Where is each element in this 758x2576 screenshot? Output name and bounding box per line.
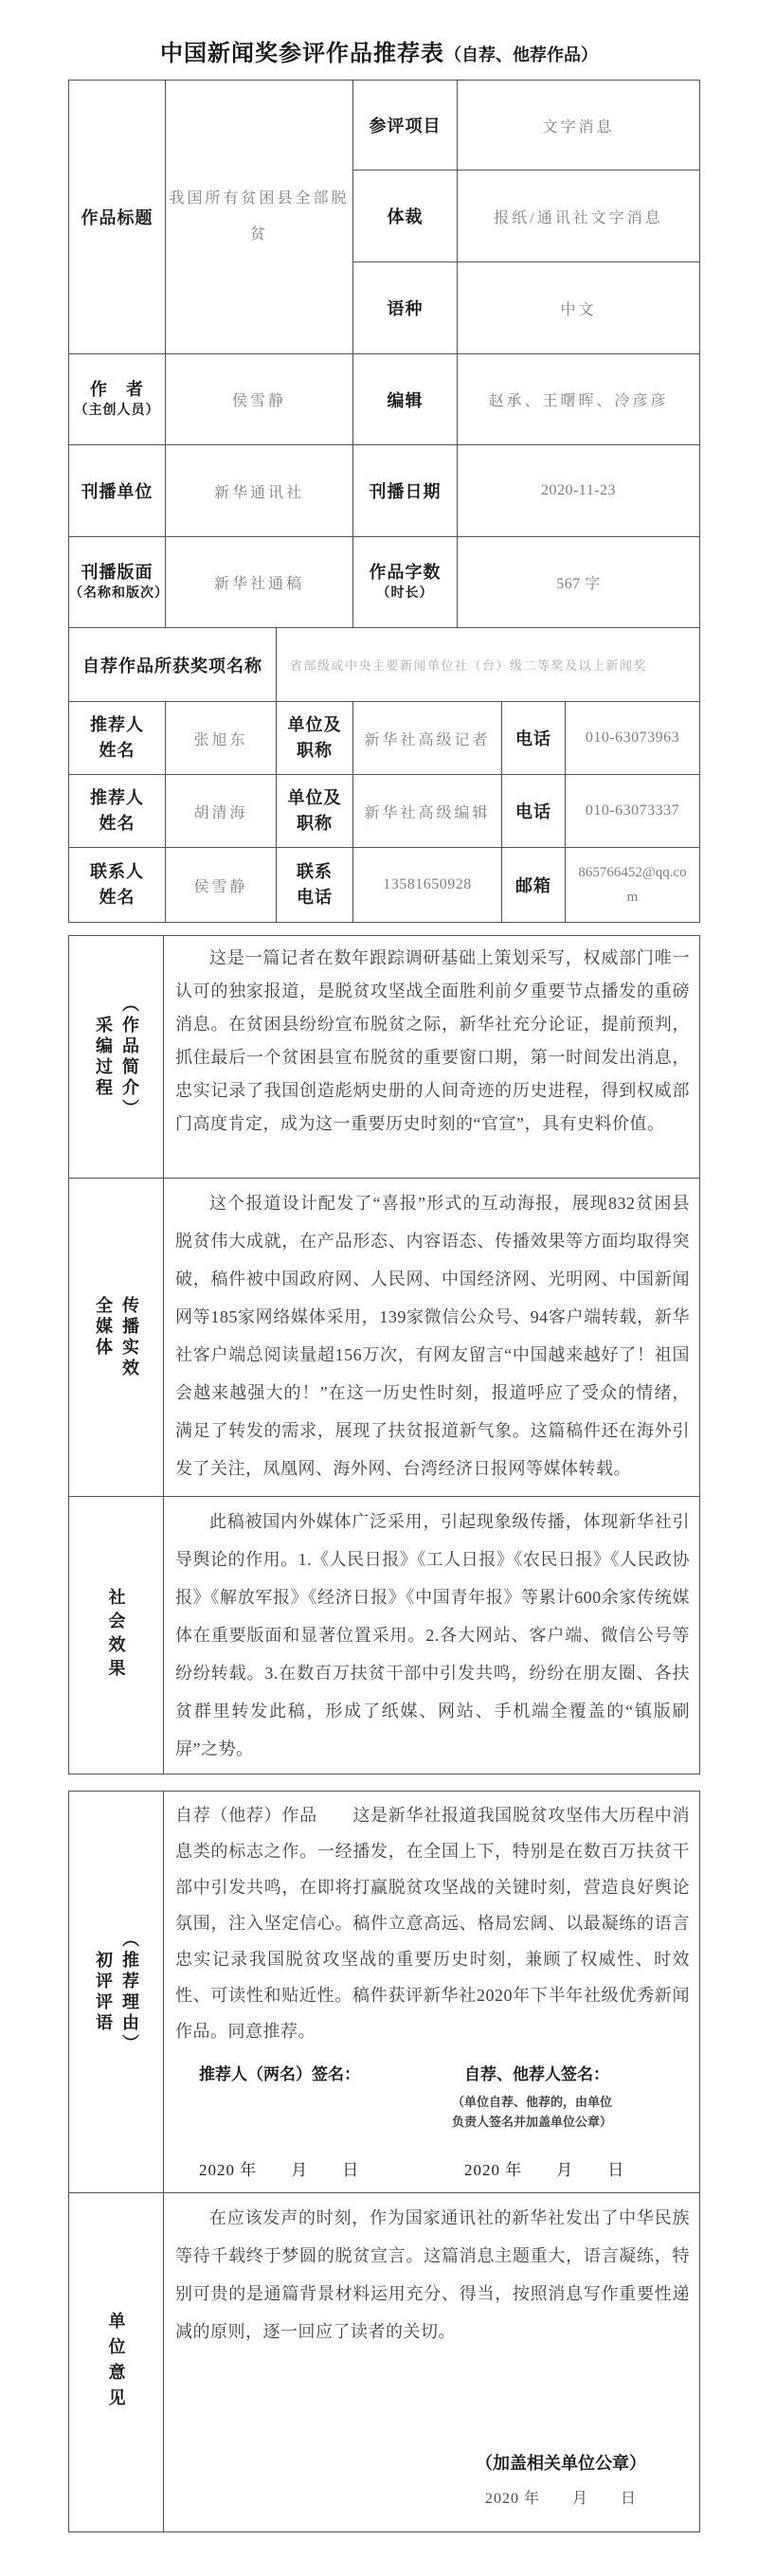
contact-email-label: 邮箱 [502,848,566,923]
recommender2-phone: 010-63073337 [566,775,700,848]
review-label-left: 初评评语 [90,1951,116,2034]
signature-note: （单位自荐、他荐的，由单位 负责人签名并加盖单位公章） [175,2092,690,2132]
wordcount-value: 567 字 [458,537,700,628]
process-section: 采编过程 （作品简介） 这是一篇记者在数年跟踪调研基础上策划采写，权威部门唯一认… [69,936,700,1179]
unit-opinion-label: 单位意见 [69,2193,164,2532]
layout-label-main: 刊播版面 [69,561,165,585]
recommendation-form-page: 中国新闻奖参评作品推荐表（自荐、他荐作品） 作品标题 我国所有贫困县全部脱贫 参… [0,0,758,2576]
social-effect-text: 此稿被国内外媒体广泛采用，引起现象级传播，体现新华社引导舆论的作用。1.《人民日… [175,1503,690,1768]
recommender2-phone-label: 电话 [502,775,566,848]
publish-date-value: 2020-11-23 [458,445,700,537]
layout-value: 新华社通稿 [166,537,353,628]
wordcount-label-main: 作品字数 [353,561,457,585]
contact-row: 联系人 姓名 侯雪静 联系 电话 13581650928 邮箱 86576645… [69,848,700,923]
recommender2-name-label: 推荐人 姓名 [69,775,166,848]
award-value: 省部级或中央主要新闻单位社（台）级二等奖及以上新闻奖 [277,628,700,702]
social-effect-section: 社会效果 此稿被国内外媒体广泛采用，引起现象级传播，体现新华社引导舆论的作用。1… [69,1497,700,1774]
review-section: 初评评语 （推荐理由） 自荐（他荐）作品 这是新华社报道我国脱贫攻坚伟大历程中消… [69,1792,700,2193]
unit-opinion-section: 单位意见 在应该发声的时刻，作为国家通讯社的新华社发出了中华民族等待千载终于梦圆… [69,2193,700,2532]
recommender1-phone-label: 电话 [502,702,566,775]
media-effect-label-right: 传播实效 [117,1296,142,1379]
process-text: 这是一篇记者在数年跟踪调研基础上策划采写，权威部门唯一认可的独家报道，是脱贫攻坚… [175,942,690,1141]
wordcount-label: 作品字数 （时长） [353,537,458,628]
recommender1-name-label: 推荐人 姓名 [69,702,166,775]
work-title-text: 我国所有贫困县全部脱贫 [170,181,350,253]
media-effect-text: 这个报道设计配发了“喜报”形式的互动海报，展现832贫困县脱贫伟大成就，在产品形… [175,1184,690,1487]
media-effect-label-left: 全媒体 [90,1296,116,1359]
genre-label: 体裁 [353,171,458,262]
work-title-value: 我国所有贫困县全部脱贫 [166,81,353,354]
review-label-right: （推荐理由） [117,1930,142,2055]
review-text: 自荐（他荐）作品 这是新华社报道我国脱贫攻坚伟大历程中消息类的标志之作。一经播发… [175,1797,690,2049]
signature-row: 推荐人（两名）签名： 自荐、他荐人签名： [175,2061,690,2084]
publish-date-label: 刊播日期 [353,445,458,537]
process-label: 采编过程 （作品简介） [69,936,164,1179]
recommender2-unit-label: 单位及 职称 [277,775,353,848]
signature-date-right: 2020 年 月 日 [464,2156,624,2180]
social-effect-label-text: 社会效果 [104,1588,129,1683]
page-title-sub: （自荐、他荐作品） [444,45,598,64]
publish-org-value: 新华通讯社 [166,445,353,537]
recommender1-name: 张旭东 [166,702,277,775]
recommender1-unit: 新华社高级记者 [353,702,502,775]
editor-label: 编辑 [353,354,458,445]
signature-date-row: 2020 年 月 日 2020 年 月 日 [175,2156,690,2180]
unit-opinion-text: 在应该发声的时刻，作为国家通讯社的新华社发出了中华民族等待千载终于梦圆的脱贫宣言… [175,2199,690,2351]
layout-label-sub: （名称和版次） [69,585,165,603]
work-title-label: 作品标题 [69,81,166,354]
recommender2-unit: 新华社高级编辑 [353,775,502,848]
entry-item-label: 参评项目 [353,81,458,171]
self-recommender-signature-label: 自荐、他荐人签名： [464,2061,609,2084]
unit-opinion-label-text: 单位意见 [104,2312,129,2414]
recommender-row-2: 推荐人 姓名 胡清海 单位及 职称 新华社高级编辑 电话 010-6307333… [69,775,700,848]
social-effect-content: 此稿被国内外媒体广泛采用，引起现象级传播，体现新华社引导舆论的作用。1.《人民日… [164,1497,700,1774]
contact-phone: 13581650928 [353,848,502,923]
contact-phone-label: 联系 电话 [277,848,353,923]
unit-seal-note: （加盖相关单位公章） [175,2450,690,2475]
process-content: 这是一篇记者在数年跟踪调研基础上策划采写，权威部门唯一认可的独家报道，是脱贫攻坚… [164,936,700,1179]
entry-item-value: 文字消息 [458,81,700,171]
author-label-sub: （主创人员） [69,402,165,421]
info-table: 作品标题 我国所有贫困县全部脱贫 参评项目 文字消息 体裁 报纸/通讯社文字消息… [68,80,700,923]
recommender1-unit-label: 单位及 职称 [277,702,353,775]
process-label-right: （作品简介） [117,995,142,1120]
review-content: 自荐（他荐）作品 这是新华社报道我国脱贫攻坚伟大历程中消息类的标志之作。一经播发… [164,1792,700,2193]
author-label: 作 者 （主创人员） [69,354,166,445]
recommender-row-1: 推荐人 姓名 张旭东 单位及 职称 新华社高级记者 电话 010-6307396… [69,702,700,775]
media-effect-section: 全媒体 传播实效 这个报道设计配发了“喜报”形式的互动海报，展现832贫困县脱贫… [69,1179,700,1497]
recommender2-name: 胡清海 [166,775,277,848]
review-label: 初评评语 （推荐理由） [69,1792,164,2193]
effect-table: 采编过程 （作品简介） 这是一篇记者在数年跟踪调研基础上策划采写，权威部门唯一认… [68,935,700,1774]
language-value: 中文 [458,262,700,354]
recommender1-phone: 010-63073963 [566,702,700,775]
layout-label: 刊播版面 （名称和版次） [69,537,166,628]
unit-opinion-date: 2020 年 月 日 [175,2486,690,2508]
award-label: 自荐作品所获奖项名称 [69,628,277,702]
language-label: 语种 [353,262,458,354]
unit-opinion-content: 在应该发声的时刻，作为国家通讯社的新华社发出了中华民族等待千载终于梦圆的脱贫宣言… [164,2193,700,2532]
author-value: 侯雪静 [166,354,353,445]
recommender-signature-label: 推荐人（两名）签名： [199,2061,464,2084]
social-effect-label: 社会效果 [69,1497,164,1774]
media-effect-label: 全媒体 传播实效 [69,1179,164,1497]
author-label-main: 作 者 [69,378,165,402]
page-title: 中国新闻奖参评作品推荐表（自荐、他荐作品） [0,0,758,80]
media-effect-content: 这个报道设计配发了“喜报”形式的互动海报，展现832贫困县脱贫伟大成就，在产品形… [164,1179,700,1497]
wordcount-label-sub: （时长） [353,585,457,603]
publish-org-label: 刊播单位 [69,445,166,537]
genre-value: 报纸/通讯社文字消息 [458,171,700,262]
process-label-left: 采编过程 [90,1016,116,1099]
signature-date-left: 2020 年 月 日 [199,2156,464,2180]
contact-name-label: 联系人 姓名 [69,848,166,923]
contact-name: 侯雪静 [166,848,277,923]
editor-value: 赵承、王曙晖、冷彦彦 [458,354,700,445]
contact-email: 865766452@qq.com [566,848,700,923]
opinion-table: 初评评语 （推荐理由） 自荐（他荐）作品 这是新华社报道我国脱贫攻坚伟大历程中消… [68,1791,700,2532]
page-title-main: 中国新闻奖参评作品推荐表 [160,42,444,66]
